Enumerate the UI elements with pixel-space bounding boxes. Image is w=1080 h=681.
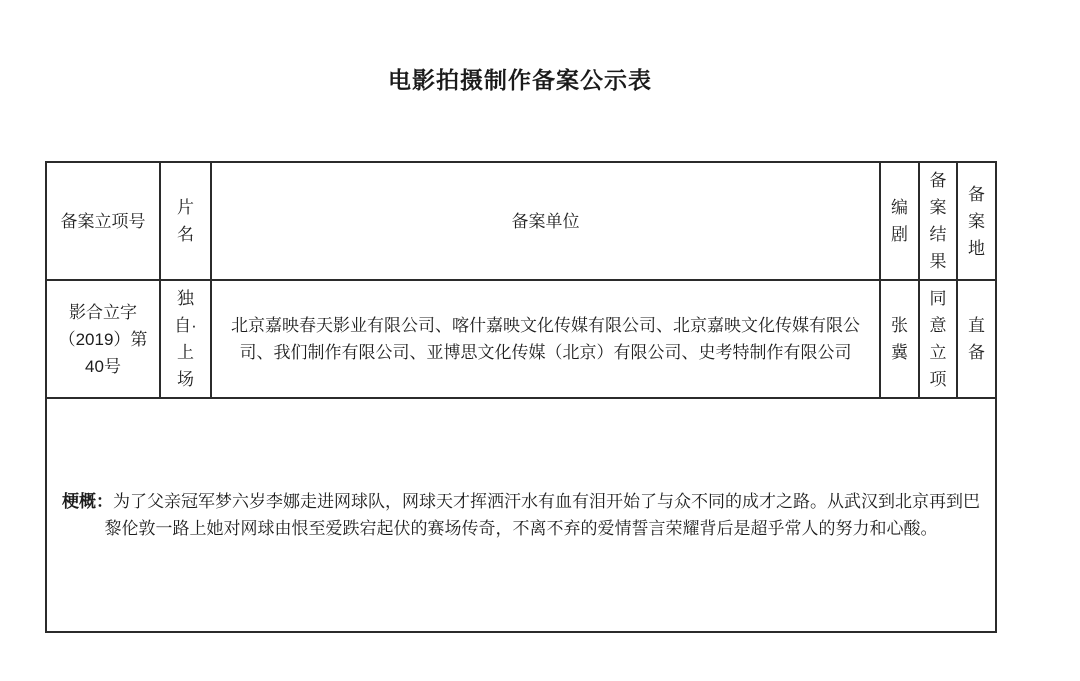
filing-table: 备案立项号 片名 备案单位 编剧 备案结果 备案地 影合立字（2019）第40号…: [45, 161, 997, 633]
header-film-title: 片名: [160, 162, 211, 280]
page-title: 电影拍摄制作备案公示表: [45, 62, 995, 95]
cell-film-title: 独自·上场: [160, 280, 211, 398]
table-data-row: 影合立字（2019）第40号 独自·上场 北京嘉映春天影业有限公司、喀什嘉映文化…: [46, 280, 996, 398]
header-filing-unit: 备案单位: [211, 162, 880, 280]
synopsis-cell: 梗概：为了父亲冠军梦六岁李娜走进网球队，网球天才挥洒汗水有血有泪开始了与众不同的…: [46, 398, 996, 632]
cell-filing-unit: 北京嘉映春天影业有限公司、喀什嘉映文化传媒有限公司、北京嘉映文化传媒有限公司、我…: [211, 280, 880, 398]
cell-screenwriter-value: 张冀: [890, 312, 910, 366]
table-synopsis-row: 梗概：为了父亲冠军梦六岁李娜走进网球队，网球天才挥洒汗水有血有泪开始了与众不同的…: [46, 398, 996, 632]
cell-screenwriter: 张冀: [880, 280, 919, 398]
table-header-row: 备案立项号 片名 备案单位 编剧 备案结果 备案地: [46, 162, 996, 280]
header-filing-number: 备案立项号: [46, 162, 160, 280]
header-filing-result: 备案结果: [919, 162, 957, 280]
synopsis-text: 为了父亲冠军梦六岁李娜走进网球队，网球天才挥洒汗水有血有泪开始了与众不同的成才之…: [105, 492, 981, 538]
document-page: 电影拍摄制作备案公示表 备案立项号 片名 备案单位 编剧 备案结果 备案地: [0, 0, 1080, 681]
cell-filing-place-value: 直备: [967, 312, 987, 366]
cell-filing-place: 直备: [957, 280, 996, 398]
header-screenwriter-label: 编剧: [890, 194, 910, 248]
cell-filing-result-value: 同意立项: [928, 285, 948, 393]
synopsis-label: 梗概：: [62, 492, 113, 511]
header-screenwriter: 编剧: [880, 162, 919, 280]
cell-filing-number: 影合立字（2019）第40号: [46, 280, 160, 398]
header-filing-place-label: 备案地: [967, 181, 987, 262]
header-filing-place: 备案地: [957, 162, 996, 280]
header-filing-result-label: 备案结果: [928, 167, 948, 275]
cell-filing-result: 同意立项: [919, 280, 957, 398]
